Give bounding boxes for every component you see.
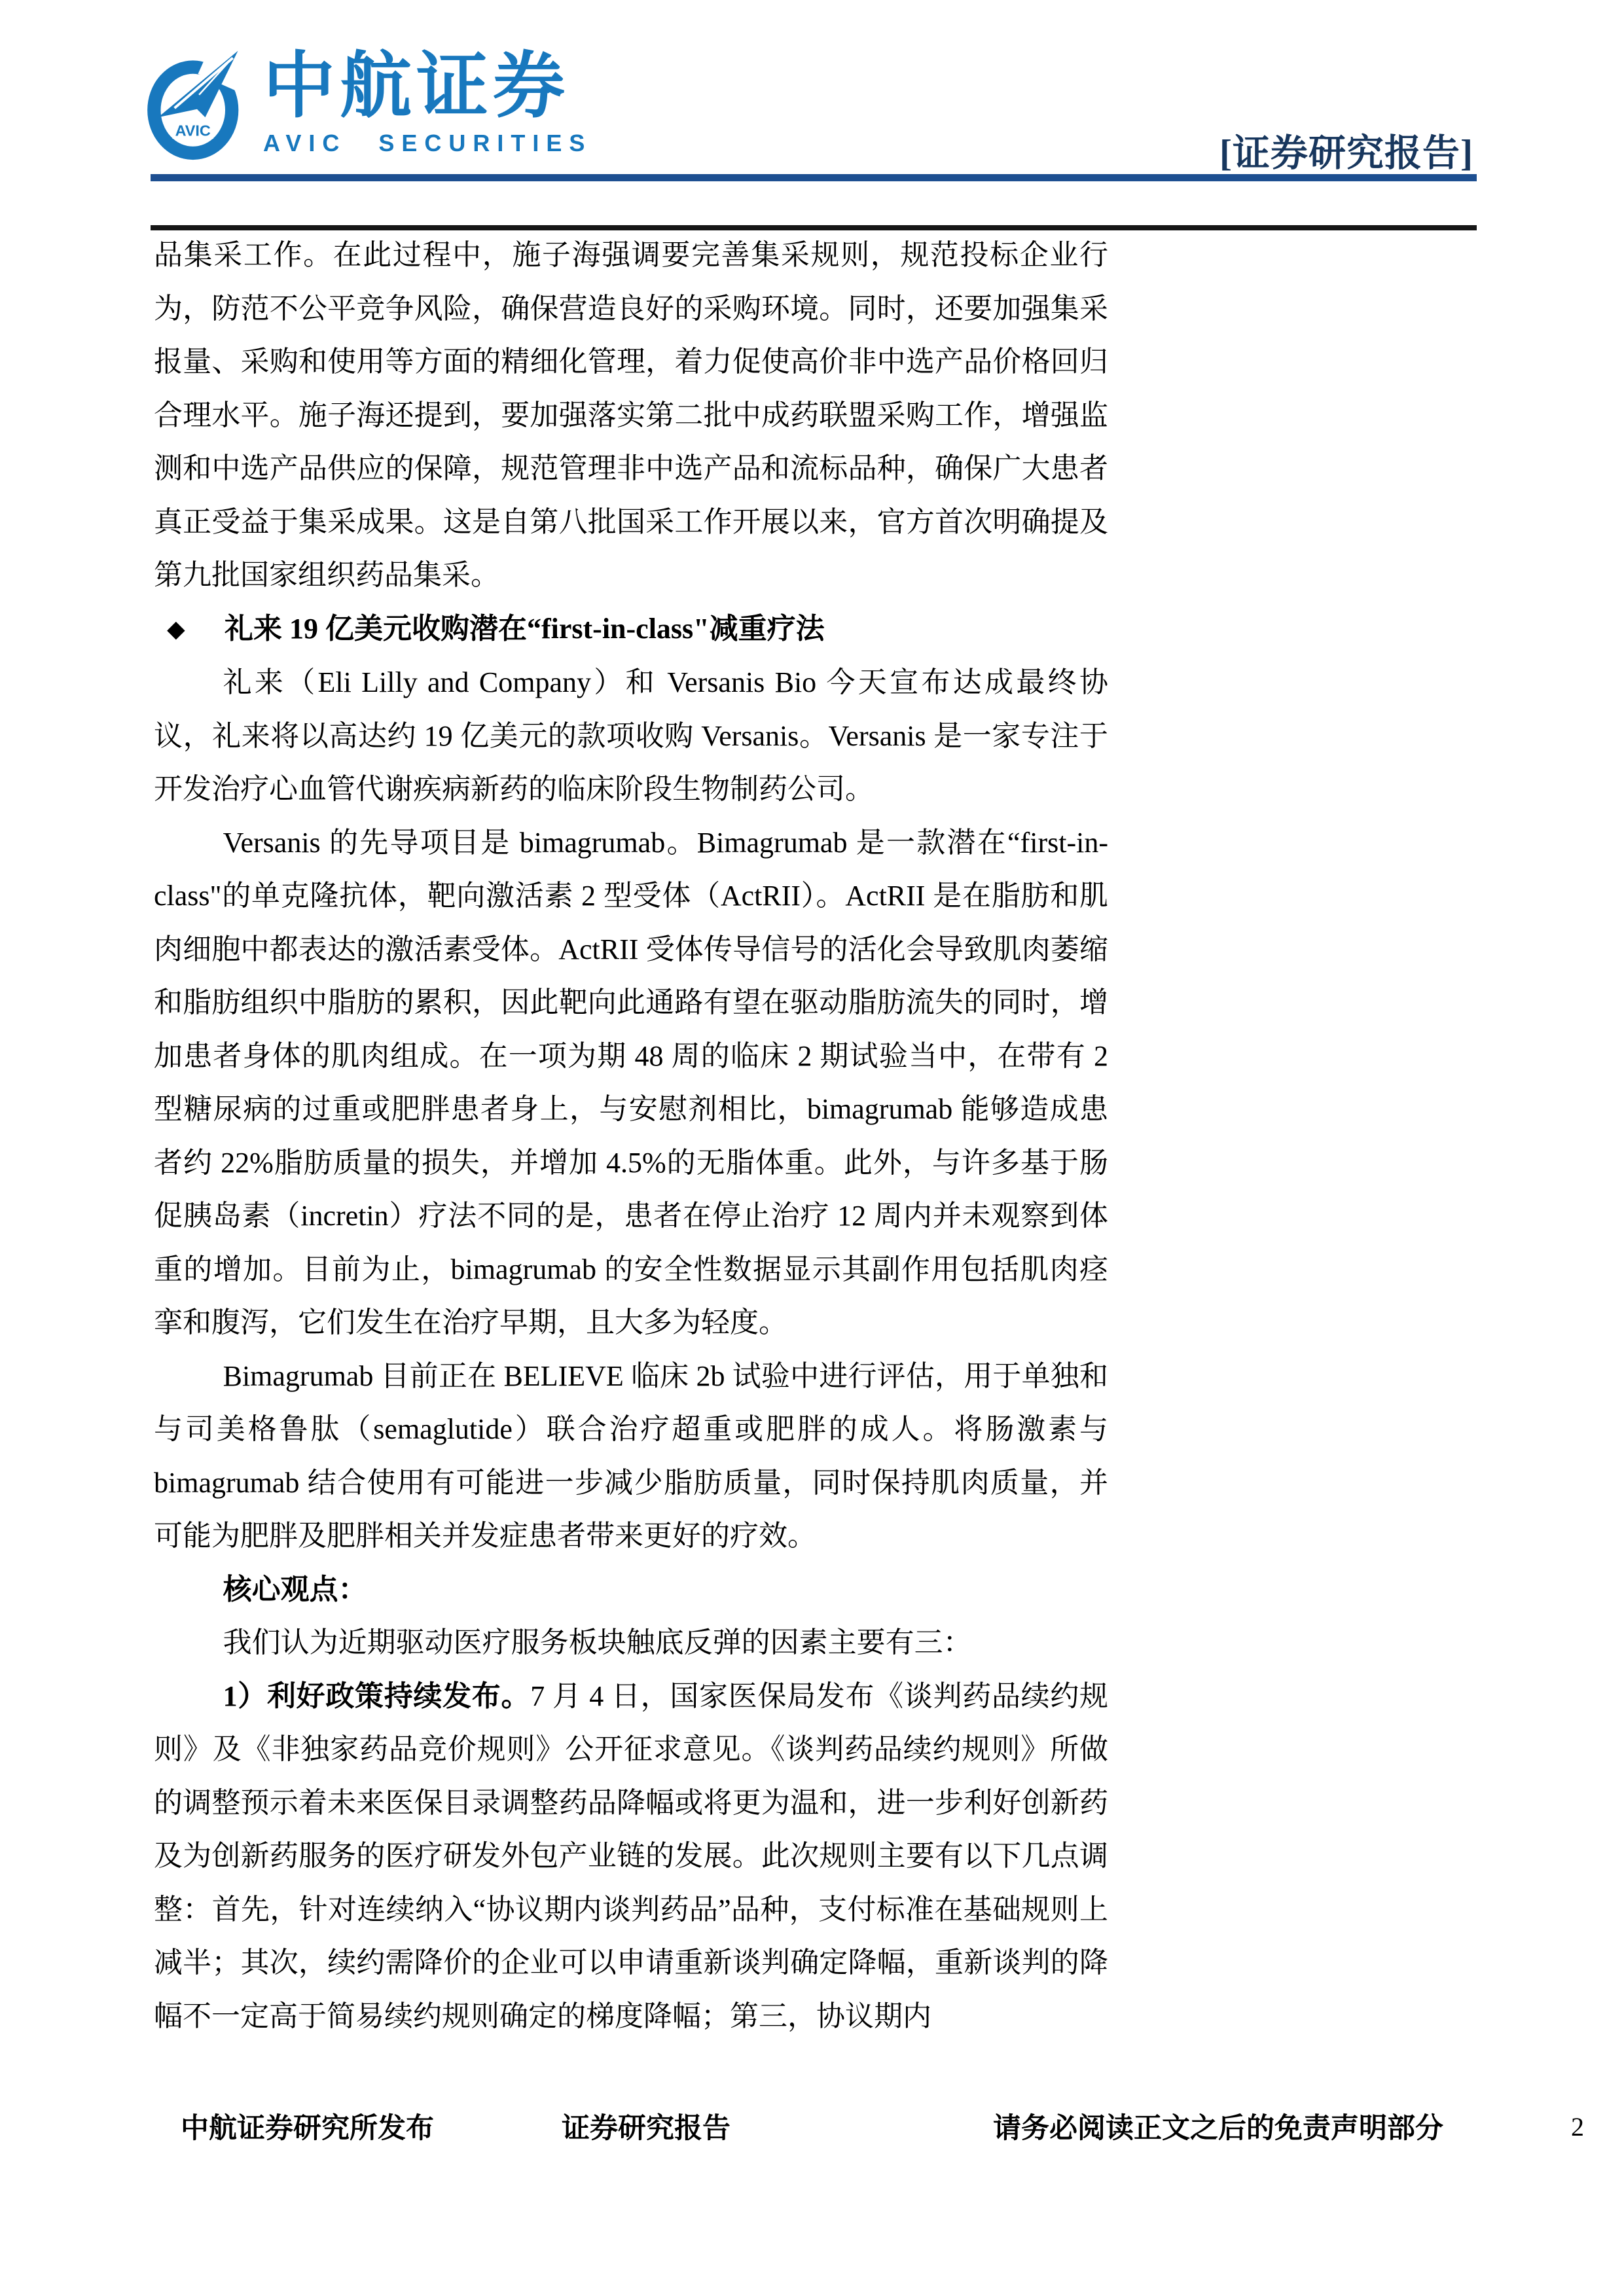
brand-name-cn: 中航证券 [263, 50, 592, 123]
page-number: 2 [1571, 2111, 1584, 2142]
paragraph: 礼来（Eli Lilly and Company）和 Versanis Bio … [154, 656, 1108, 816]
diamond-bullet-icon: ◆ [167, 603, 225, 656]
paragraph: Versanis 的先导项目是 bimagrumab。Bimagrumab 是一… [154, 816, 1108, 1350]
footer-disclaimer: 请务必阅读正文之后的免责声明部分 [993, 2106, 1443, 2146]
paragraph: 核心观点： [154, 1563, 1108, 1617]
paragraph: Bimagrumab 目前正在 BELIEVE 临床 2b 试验中进行评估，用于… [154, 1350, 1108, 1563]
report-body: 品集采工作。在此过程中，施子海强调要完善集采规则，规范投标企业行为，防范不公平竞… [154, 228, 1108, 2043]
brand-name-en: AVIC SECURITIES [263, 130, 592, 157]
footer-report-type: 证券研究报告 [562, 2106, 731, 2146]
brand-text: 中航证券 AVIC SECURITIES [263, 50, 592, 157]
paragraph: 我们认为近期驱动医疗服务板块触底反弹的因素主要有三： [154, 1616, 1108, 1670]
footer-publisher: 中航证券研究所发布 [181, 2106, 434, 2146]
paragraph: 1）利好政策持续发布。7 月 4 日，国家医保局发布《谈判药品续约规则》及《非独… [154, 1670, 1108, 2043]
report-page: AVIC 中航证券 AVIC SECURITIES [证券研究报告] 品集采工作… [0, 0, 1624, 2296]
brand-logo: AVIC 中航证券 AVIC SECURITIES [145, 50, 592, 162]
bold-lead-text: 1）利好政策持续发布。 [223, 1680, 531, 1712]
section-heading: ◆礼来 19 亿美元收购潜在“first-in-class"减重疗法 [154, 602, 1108, 656]
logo-avic-label: AVIC [175, 122, 211, 139]
header-rule-blue [151, 174, 1477, 181]
report-tag: [证券研究报告] [1219, 123, 1473, 177]
paragraph: 品集采工作。在此过程中，施子海强调要完善集采规则，规范投标企业行为，防范不公平竞… [154, 228, 1108, 602]
avic-logo-icon: AVIC [145, 50, 249, 162]
